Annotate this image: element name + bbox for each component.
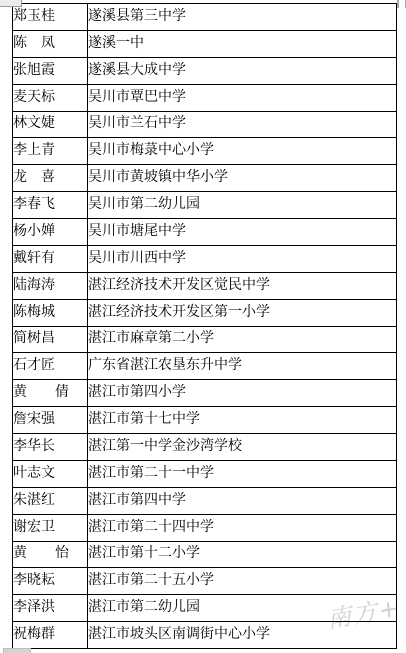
school-cell: 吴川市黄坡镇中华小学 (88, 165, 397, 192)
table-row: 陈 凤 遂溪一中 (13, 30, 397, 57)
school-cell: 吴川市第二幼儿园 (88, 192, 397, 219)
name-cell: 龙 喜 (13, 165, 88, 192)
name-cell: 杨小婵 (13, 219, 88, 246)
table-row: 谢宏卫 湛江市第二十四中学 (13, 514, 397, 541)
name-cell: 李华长 (13, 434, 88, 461)
school-cell: 湛江市坡头区南调街中心小学 (88, 622, 397, 649)
school-cell: 湛江市第十七中学 (88, 407, 397, 434)
name-cell: 陈 凤 (13, 30, 88, 57)
person-name: 祝梅群 (13, 627, 55, 642)
school-cell: 广东省湛江农垦东升中学 (88, 353, 397, 380)
school-cell: 遂溪县第三中学 (88, 4, 397, 31)
school-cell: 遂溪县大成中学 (88, 57, 397, 84)
roster-table-body: 郑玉桂 遂溪县第三中学 陈 凤 遂溪一中 张旭霞 遂溪县大成中学 麦天标 吴川市… (13, 4, 397, 649)
name-cell: 黄 倩 (13, 380, 88, 407)
school-name: 湛江市第二十五小学 (88, 573, 214, 588)
name-cell: 戴轩有 (13, 245, 88, 272)
school-name: 湛江市第十二小学 (88, 546, 200, 561)
school-name: 吴川市塘尾中学 (88, 224, 186, 239)
name-cell: 陈梅城 (13, 299, 88, 326)
school-name: 湛江市第十七中学 (88, 412, 200, 427)
school-name: 遂溪县第三中学 (88, 9, 186, 24)
school-name: 遂溪县大成中学 (88, 63, 186, 78)
school-name: 吴川市黄坡镇中华小学 (88, 170, 228, 185)
school-cell: 湛江市麻章第二小学 (88, 326, 397, 353)
school-cell: 吴川市梅菉中心小学 (88, 138, 397, 165)
name-cell: 麦天标 (13, 84, 88, 111)
person-name: 杨小婵 (13, 224, 55, 239)
school-name: 湛江市第二十一中学 (88, 466, 214, 481)
school-name: 吴川市兰石中学 (88, 116, 186, 131)
name-cell: 祝梅群 (13, 622, 88, 649)
table-row: 李晓耘 湛江市第二十五小学 (13, 568, 397, 595)
name-cell: 张旭霞 (13, 57, 88, 84)
school-cell: 吴川市川西中学 (88, 245, 397, 272)
name-cell: 朱湛红 (13, 487, 88, 514)
table-row: 张旭霞 遂溪县大成中学 (13, 57, 397, 84)
school-cell: 湛江市第二幼儿园 (88, 595, 397, 622)
table-row: 黄 倩 湛江市第四小学 (13, 380, 397, 407)
table-row: 黄 怡 湛江市第十二小学 (13, 541, 397, 568)
name-cell: 詹宋强 (13, 407, 88, 434)
name-cell: 林文婕 (13, 111, 88, 138)
school-cell: 湛江经济技术开发区觉民中学 (88, 272, 397, 299)
table-row: 杨小婵 吴川市塘尾中学 (13, 219, 397, 246)
page-edge-artifact-top-left (0, 0, 22, 7)
document-page: 郑玉桂 遂溪县第三中学 陈 凤 遂溪一中 张旭霞 遂溪县大成中学 麦天标 吴川市… (0, 0, 406, 653)
name-cell: 李晓耘 (13, 568, 88, 595)
table-row: 李华长 湛江第一中学金沙湾学校 (13, 434, 397, 461)
table-row: 郑玉桂 遂溪县第三中学 (13, 4, 397, 31)
school-cell: 湛江市第四中学 (88, 487, 397, 514)
table-row: 陈梅城 湛江经济技术开发区第一小学 (13, 299, 397, 326)
school-name: 湛江市麻章第二小学 (88, 331, 214, 346)
school-name: 湛江经济技术开发区觉民中学 (88, 278, 270, 293)
person-name: 郑玉桂 (13, 9, 55, 24)
table-row: 朱湛红 湛江市第四中学 (13, 487, 397, 514)
school-cell: 吴川市覃巴中学 (88, 84, 397, 111)
table-row: 林文婕 吴川市兰石中学 (13, 111, 397, 138)
name-cell: 李上青 (13, 138, 88, 165)
person-name: 李春飞 (13, 197, 55, 212)
school-name: 吴川市川西中学 (88, 251, 186, 266)
school-cell: 湛江经济技术开发区第一小学 (88, 299, 397, 326)
school-cell: 吴川市塘尾中学 (88, 219, 397, 246)
school-cell: 湛江市第二十一中学 (88, 460, 397, 487)
person-name: 戴轩有 (13, 251, 55, 266)
table-row: 詹宋强 湛江市第十七中学 (13, 407, 397, 434)
table-row: 石才匠 广东省湛江农垦东升中学 (13, 353, 397, 380)
page-edge-artifact-top-right (397, 0, 406, 8)
person-name: 黄 倩 (13, 385, 69, 400)
school-cell: 湛江市第十二小学 (88, 541, 397, 568)
person-name: 陈梅城 (13, 305, 55, 320)
name-cell: 陆海涛 (13, 272, 88, 299)
person-name: 詹宋强 (13, 412, 55, 427)
person-name: 李华长 (13, 439, 55, 454)
person-name: 叶志文 (13, 466, 55, 481)
school-cell: 吴川市兰石中学 (88, 111, 397, 138)
person-name: 龙 喜 (13, 170, 55, 185)
name-cell: 郑玉桂 (13, 4, 88, 31)
page-edge-artifact-bottom-left (3, 648, 31, 653)
name-cell: 叶志文 (13, 460, 88, 487)
school-cell: 湛江第一中学金沙湾学校 (88, 434, 397, 461)
school-name: 湛江市第四中学 (88, 493, 186, 508)
name-cell: 李泽洪 (13, 595, 88, 622)
person-name: 李泽洪 (13, 600, 55, 615)
school-name: 湛江市第二幼儿园 (88, 600, 200, 615)
name-cell: 简树昌 (13, 326, 88, 353)
table-row: 叶志文 湛江市第二十一中学 (13, 460, 397, 487)
table-row: 戴轩有 吴川市川西中学 (13, 245, 397, 272)
school-cell: 湛江市第四小学 (88, 380, 397, 407)
person-name: 张旭霞 (13, 63, 55, 78)
table-row: 麦天标 吴川市覃巴中学 (13, 84, 397, 111)
person-name: 谢宏卫 (13, 520, 55, 535)
person-name: 麦天标 (13, 90, 55, 105)
school-name: 湛江市第四小学 (88, 385, 186, 400)
person-name: 简树昌 (13, 331, 55, 346)
school-cell: 湛江市第二十五小学 (88, 568, 397, 595)
table-row: 龙 喜 吴川市黄坡镇中华小学 (13, 165, 397, 192)
table-row: 祝梅群 湛江市坡头区南调街中心小学 (13, 622, 397, 649)
name-cell: 石才匠 (13, 353, 88, 380)
person-name: 陆海涛 (13, 278, 55, 293)
person-name: 石才匠 (13, 358, 55, 373)
person-name: 林文婕 (13, 116, 55, 131)
name-cell: 谢宏卫 (13, 514, 88, 541)
school-name: 湛江经济技术开发区第一小学 (88, 305, 270, 320)
person-name: 李上青 (13, 143, 55, 158)
school-name: 吴川市覃巴中学 (88, 90, 186, 105)
roster-table: 郑玉桂 遂溪县第三中学 陈 凤 遂溪一中 张旭霞 遂溪县大成中学 麦天标 吴川市… (12, 3, 397, 649)
school-cell: 湛江市第二十四中学 (88, 514, 397, 541)
table-row: 陆海涛 湛江经济技术开发区觉民中学 (13, 272, 397, 299)
school-name: 湛江第一中学金沙湾学校 (88, 439, 242, 454)
name-cell: 黄 怡 (13, 541, 88, 568)
name-cell: 李春飞 (13, 192, 88, 219)
school-name: 湛江市第二十四中学 (88, 520, 214, 535)
person-name: 黄 怡 (13, 546, 69, 561)
table-row: 简树昌 湛江市麻章第二小学 (13, 326, 397, 353)
school-name: 广东省湛江农垦东升中学 (88, 358, 242, 373)
school-name: 吴川市梅菉中心小学 (88, 143, 214, 158)
table-row: 李春飞 吴川市第二幼儿园 (13, 192, 397, 219)
table-row: 李泽洪 湛江市第二幼儿园 (13, 595, 397, 622)
person-name: 朱湛红 (13, 493, 55, 508)
person-name: 李晓耘 (13, 573, 55, 588)
school-name: 遂溪一中 (88, 36, 144, 51)
table-row: 李上青 吴川市梅菉中心小学 (13, 138, 397, 165)
school-name: 吴川市第二幼儿园 (88, 197, 200, 212)
person-name: 陈 凤 (13, 36, 55, 51)
school-cell: 遂溪一中 (88, 30, 397, 57)
school-name: 湛江市坡头区南调街中心小学 (88, 627, 270, 642)
